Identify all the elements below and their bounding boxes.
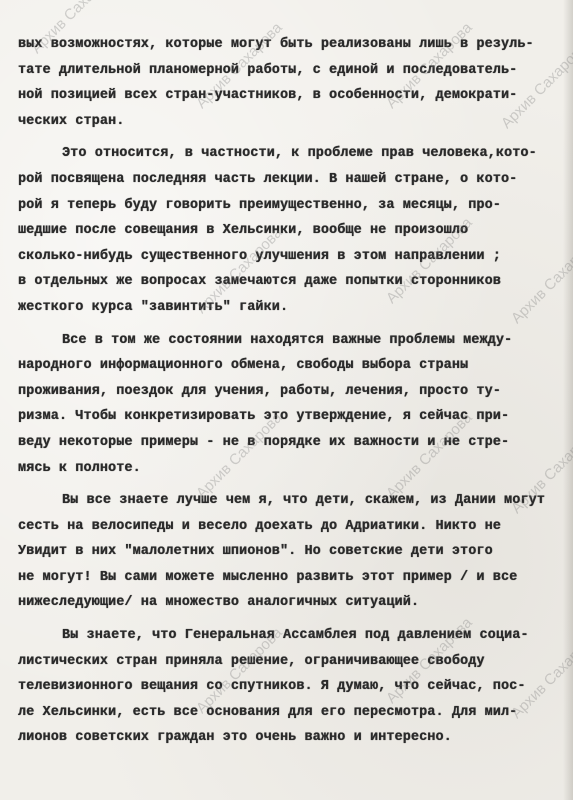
text-line: Все в том же состоянии находятся важные … [18,328,563,354]
paragraph: Вы все знаете лучше чем я, что дети, ска… [18,488,563,616]
text-line: ризма. Чтобы конкретизировать это утверж… [18,404,563,430]
text-line: вых возможностях, которые могут быть реа… [18,32,563,58]
text-line: Увидит в них "малолетних шпионов". Но со… [18,539,563,565]
text-line: тате длительной планомерной работы, с ед… [18,58,563,84]
text-line: лионов советских граждан это очень важно… [18,725,563,751]
text-line: сколько-нибудь существенного улучшения в… [18,244,563,270]
text-line: Вы знаете, что Генеральная Ассамблея под… [18,623,563,649]
text-line: мясь к полноте. [18,456,563,482]
text-line: рой посвящена последняя часть лекции. В … [18,167,563,193]
text-line: сесть на велосипеды и весело доехать до … [18,514,563,540]
text-line: шедшие после совещания в Хельсинки, вооб… [18,218,563,244]
text-line: листических стран приняла решение, огран… [18,649,563,675]
text-line: проживания, поездок для учения, работы, … [18,379,563,405]
text-line: Вы все знаете лучше чем я, что дети, ска… [18,488,563,514]
text-line: Это относится, в частности, к проблеме п… [18,141,563,167]
text-line: в отдельных же вопросах замечаются даже … [18,269,563,295]
text-line: телевизионного вещания со спутников. Я д… [18,674,563,700]
paragraph: Все в том же состоянии находятся важные … [18,328,563,482]
paragraph: вых возможностях, которые могут быть реа… [18,32,563,134]
text-line: не могут! Вы сами можете мысленно развит… [18,565,563,591]
paper-edge-shadow [563,0,573,800]
text-line: веду некоторые примеры - не в порядке их… [18,430,563,456]
text-line: ле Хельсинки, есть все основания для его… [18,700,563,726]
text-line: народного информационного обмена, свобод… [18,353,563,379]
paragraph: Вы знаете, что Генеральная Ассамблея под… [18,623,563,751]
text-line: рой я теперь буду говорить преимуществен… [18,193,563,219]
text-line: жесткого курса "завинтить" гайки. [18,295,563,321]
text-line: ной позицией всех стран-участников, в ос… [18,83,563,109]
text-line: ческих стран. [18,109,563,135]
paragraph: Это относится, в частности, к проблеме п… [18,141,563,320]
typewritten-text-body: вых возможностях, которые могут быть реа… [18,32,563,758]
text-line: нижеследующие/ на множество аналогичных … [18,590,563,616]
document-page: вых возможностях, которые могут быть реа… [0,0,573,800]
